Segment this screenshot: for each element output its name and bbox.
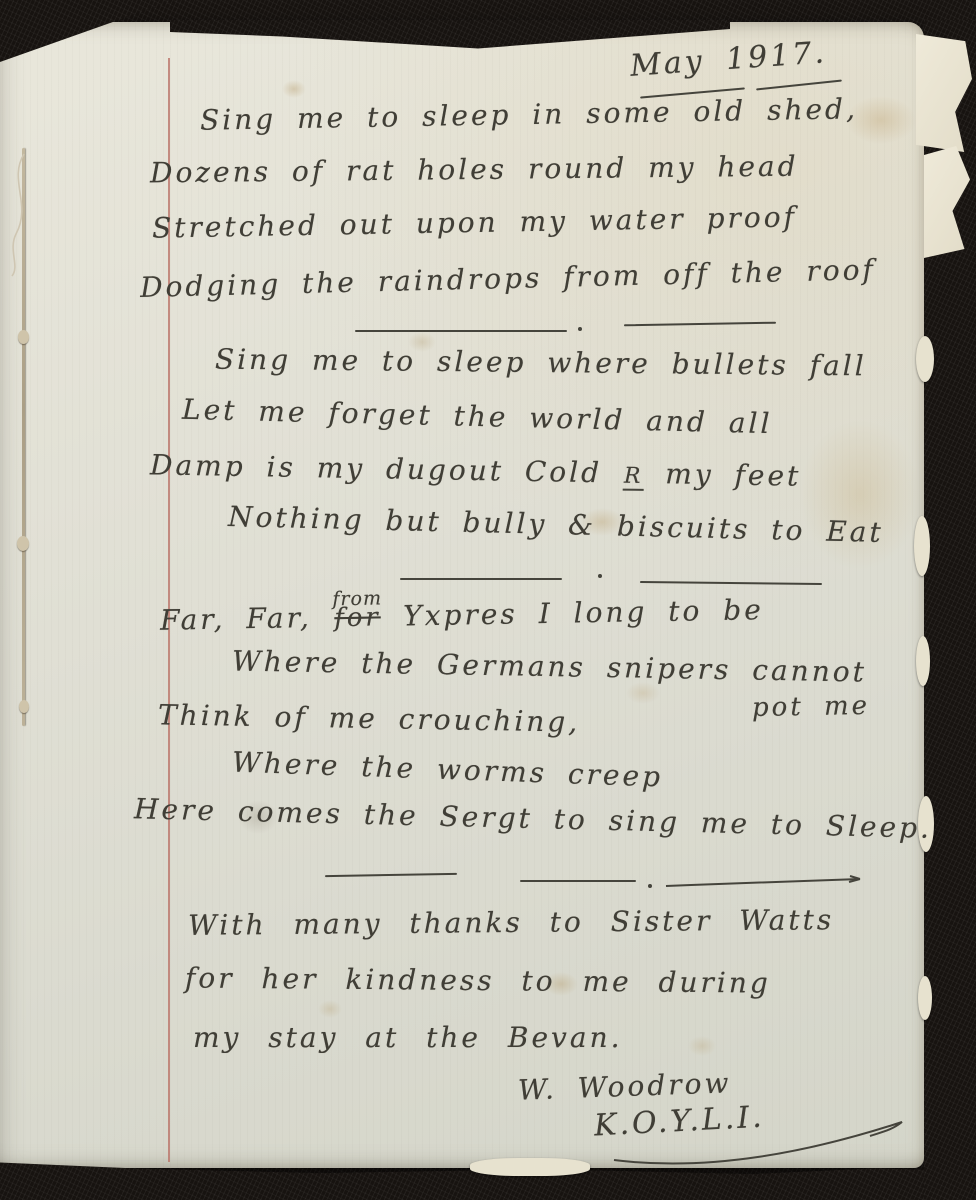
deckle-edge-bump: [918, 976, 932, 1020]
correction: fromfor: [332, 599, 382, 627]
poem-line: Dozens of rat holes round my head: [150, 150, 799, 190]
signature-flourish: [600, 1108, 920, 1178]
divider-arrow-stroke: [664, 874, 874, 890]
binding-knot: [17, 536, 29, 551]
photo-of-notebook-page: May 1917. Sing me to sleep in some old s…: [0, 0, 976, 1200]
poem-line-part: Yxpres I long to be: [403, 593, 764, 632]
deckle-edge-bump: [916, 636, 930, 686]
dedication-line: for her kindness to me during: [185, 961, 771, 999]
dedication-line: With many thanks to Sister Watts: [188, 903, 834, 942]
stanza-divider-stroke: [355, 330, 567, 332]
deckle-edge-bump: [916, 336, 934, 382]
deckle-edge-bump: [914, 516, 930, 576]
stanza-divider-dot: [598, 574, 602, 578]
dedication-line: my stay at the Bevan.: [193, 1021, 623, 1054]
bottom-edge-paper-tab: [470, 1158, 590, 1176]
inserted-word: from: [332, 593, 382, 605]
poem-line-part: my feet: [665, 457, 802, 492]
loose-thread: [2, 150, 46, 280]
poem-line-offset: pot me: [752, 691, 871, 723]
struck-word: for: [333, 611, 383, 627]
stanza-divider-dot: [648, 884, 652, 888]
binding-knot: [19, 700, 29, 713]
poem-line-part: Far, Far,: [160, 601, 312, 637]
stanza-divider-dot: [578, 327, 582, 331]
binding-knot: [18, 330, 29, 344]
stanza-divider-stroke: [520, 880, 636, 882]
poem-line: Sing me to sleep where bullets fall: [215, 343, 867, 383]
underlined-abbreviation: R: [623, 464, 645, 491]
stanza-divider-stroke: [400, 578, 562, 580]
